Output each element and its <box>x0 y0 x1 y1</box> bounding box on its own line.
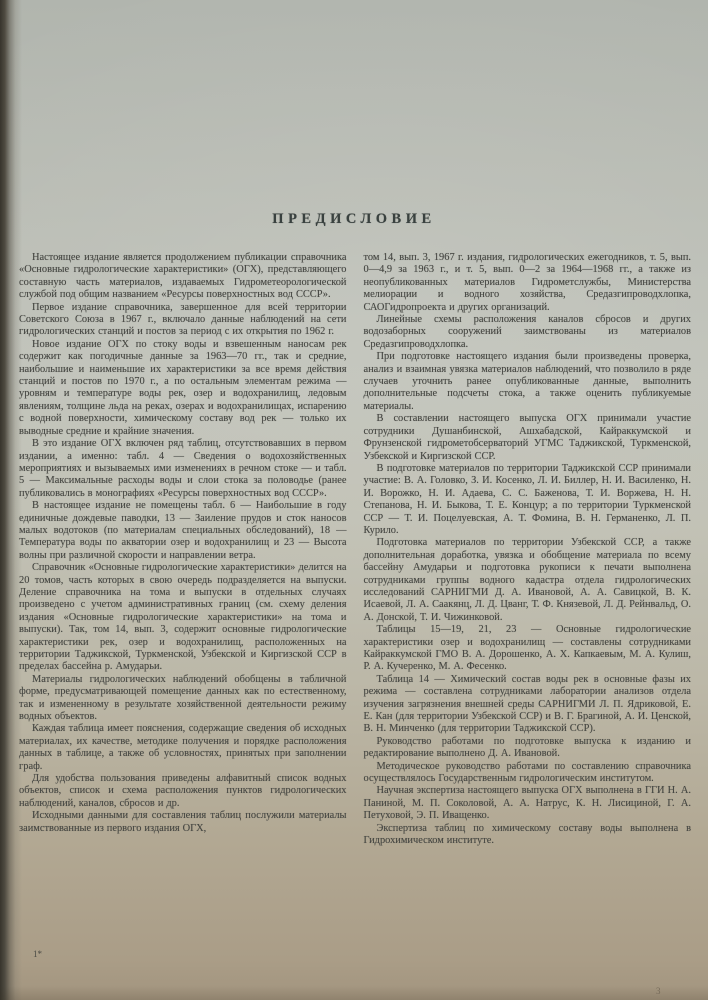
paragraph: Справочник «Основные гидрологические хар… <box>19 562 347 674</box>
paragraph: Методическое руководство работами по сос… <box>364 761 692 786</box>
paragraph: Новое издание ОГХ по стоку воды и взвеше… <box>19 339 347 438</box>
paragraph: Научная экспертиза настоящего выпуска ОГ… <box>364 785 692 822</box>
right-column: том 14, вып. 3, 1967 г. издания, гидроло… <box>364 252 692 848</box>
scanned-book-page: ПРЕДИСЛОВИЕ Настоящее издание является п… <box>0 0 708 1000</box>
paragraph: В подготовке материалов по территории Та… <box>364 463 692 537</box>
paragraph: Таблица 14 — Химический состав воды рек … <box>364 674 692 736</box>
paragraph: Первое издание справочника, завершенное … <box>19 302 347 339</box>
signature-mark: 1* <box>33 949 42 959</box>
paragraph: Линейные схемы расположения каналов сбро… <box>364 314 692 351</box>
paragraph: При подготовке настоящего издания были п… <box>364 351 692 413</box>
paragraph: Подготовка материалов по территории Узбе… <box>364 537 692 624</box>
paragraph: В настоящее издание не помещены табл. 6 … <box>19 500 347 562</box>
paragraph: Исходными данными для составления таблиц… <box>19 810 347 835</box>
paragraph: Руководство работами по подготовке выпус… <box>364 736 692 761</box>
paragraph: Таблицы 15—19, 21, 23 — Основные гидроло… <box>364 624 692 674</box>
paragraph: Каждая таблица имеет пояснения, содержащ… <box>19 723 347 773</box>
paragraph: В это издание ОГХ включен ряд таблиц, от… <box>19 438 347 500</box>
paragraph: Для удобства пользования приведены алфав… <box>19 773 347 810</box>
paragraph: В составлении настоящего выпуска ОГХ при… <box>364 413 692 463</box>
paragraph: Материалы гидрологических наблюдений обо… <box>19 674 347 724</box>
paragraph: Экспертиза таблиц по химическому составу… <box>364 823 692 848</box>
paragraph: Настоящее издание является продолжением … <box>19 252 347 302</box>
bottom-edge-shadow <box>0 986 708 1000</box>
page-title: ПРЕДИСЛОВИЕ <box>0 211 708 228</box>
text-columns: Настоящее издание является продолжением … <box>19 252 691 848</box>
paragraph: том 14, вып. 3, 1967 г. издания, гидроло… <box>364 252 692 314</box>
left-column: Настоящее издание является продолжением … <box>19 252 347 848</box>
